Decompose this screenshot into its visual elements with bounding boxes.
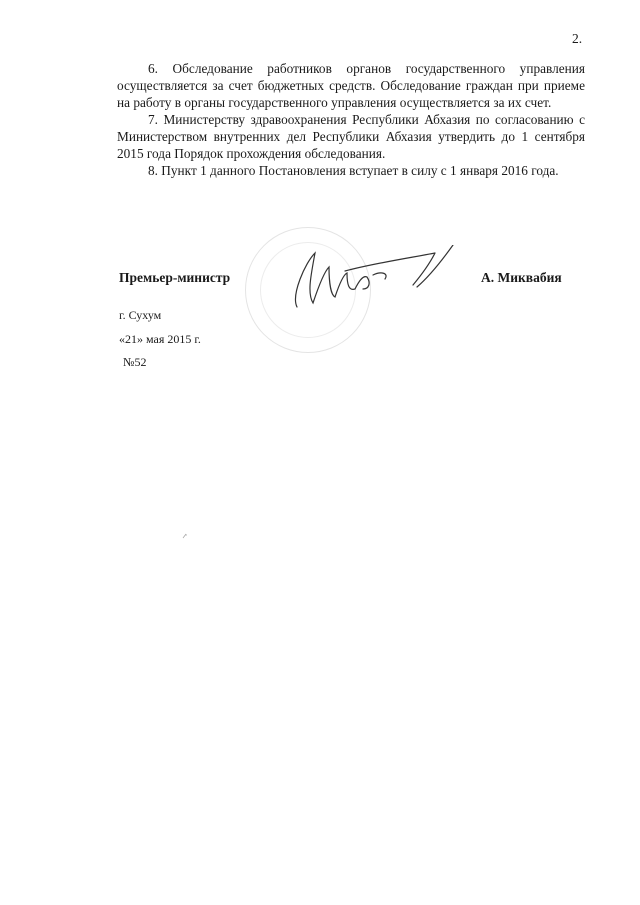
paragraph-6: 6. Обследование работников органов госуд… — [117, 60, 585, 111]
signature-block: Премьер-министр А. Миквабия г. Сухум «21… — [117, 265, 587, 375]
paragraph-7: 7. Министерству здравоохранения Республи… — [117, 111, 585, 162]
signatory-name: А. Миквабия — [481, 270, 562, 286]
handwritten-signature-icon — [285, 245, 475, 315]
date: «21» мая 2015 г. — [119, 332, 201, 347]
signatory-title: Премьер-министр — [119, 270, 230, 286]
document-number: №52 — [123, 355, 146, 370]
city: г. Сухум — [119, 308, 161, 323]
document-body: 6. Обследование работников органов госуд… — [117, 60, 585, 179]
scan-speck-icon — [182, 533, 188, 539]
page-number: 2. — [572, 31, 582, 47]
paragraph-8: 8. Пункт 1 данного Постановления вступае… — [117, 162, 585, 179]
